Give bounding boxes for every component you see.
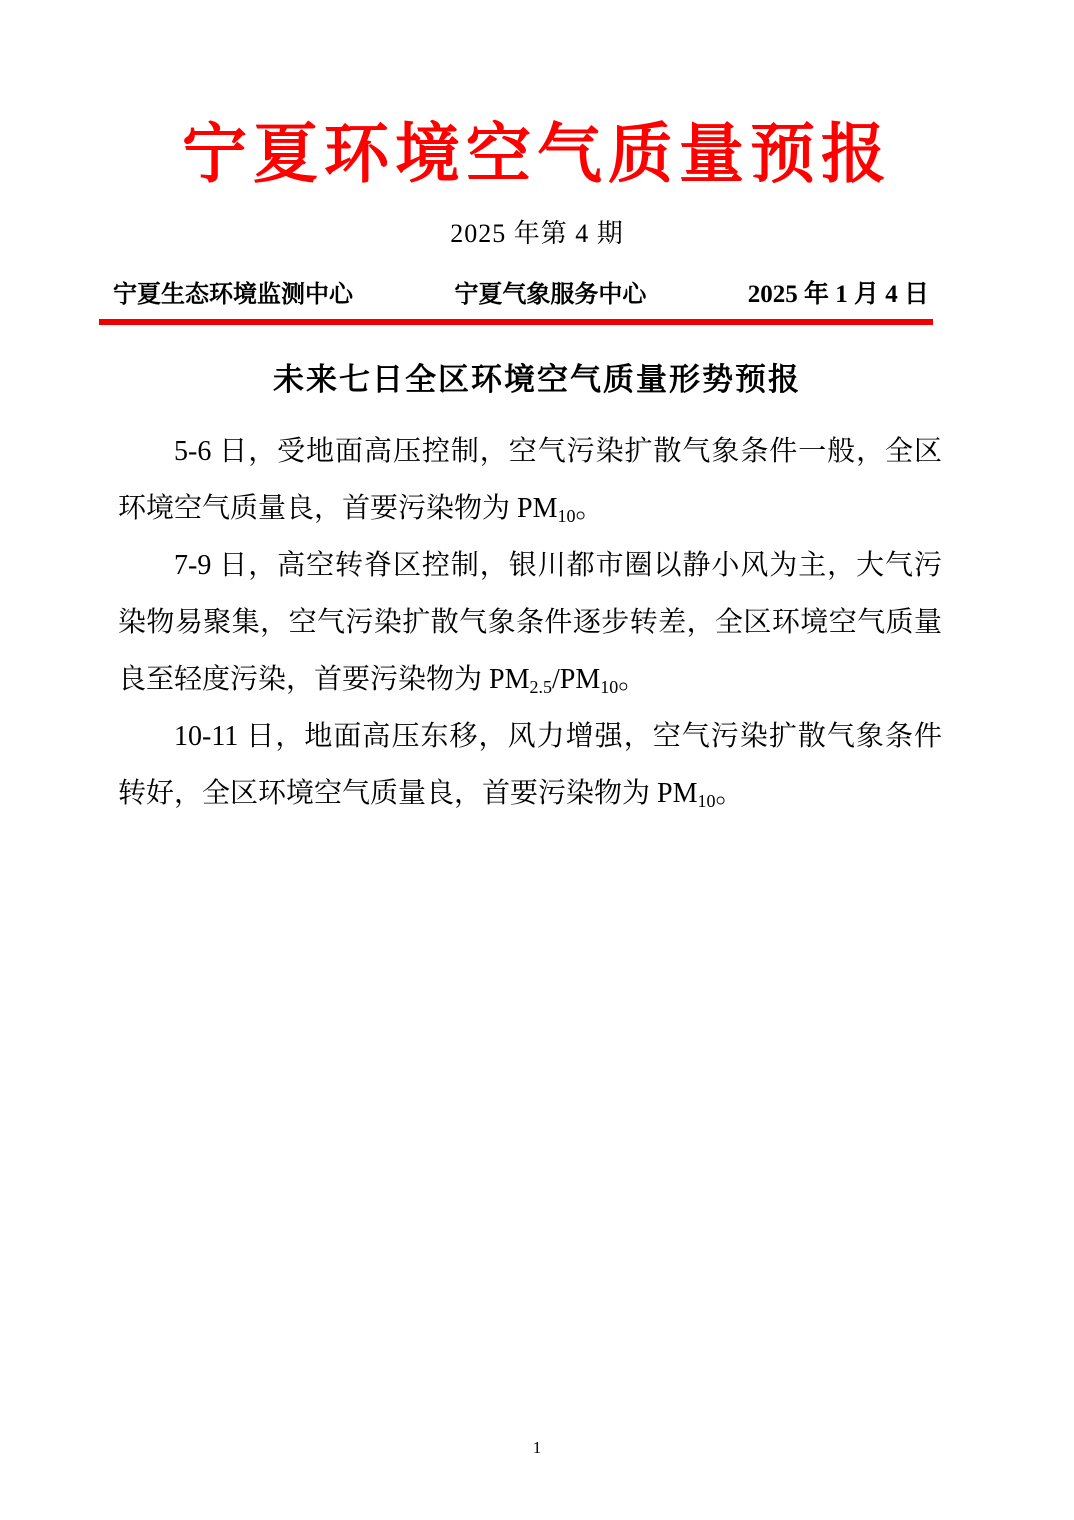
agency-center: 宁夏气象服务中心 xyxy=(454,274,646,309)
text-segment: 10-11 日，地面高压东移，风力增强，空气污染扩散气象条件转好，全区环境空气质… xyxy=(118,721,942,809)
pm-subscript: 10 xyxy=(697,791,715,811)
paragraph-forecast-7-9: 7-9 日，高空转脊区控制，银川都市圈以静小风为主，大气污染物易聚集，空气污染扩… xyxy=(118,537,942,708)
text-segment: 。 xyxy=(618,664,646,695)
issue-date: 2025 年 1 月 4 日 xyxy=(748,274,929,310)
text-segment: 。 xyxy=(575,493,603,524)
body-text: 5-6 日，受地面高压控制，空气污染扩散气象条件一般，全区环境空气质量良，首要污… xyxy=(118,423,942,822)
document-title: 宁夏环境空气质量预报 xyxy=(0,0,1074,193)
pm-subscript: 2.5 xyxy=(529,677,552,697)
pm-subscript: 10 xyxy=(600,677,618,697)
page-number: 1 xyxy=(0,1438,1074,1458)
document-page: 宁夏环境空气质量预报 2025 年第 4 期 宁夏生态环境监测中心 宁夏气象服务… xyxy=(0,0,1074,1520)
text-segment: /PM xyxy=(552,664,600,695)
masthead: 宁夏生态环境监测中心 宁夏气象服务中心 2025 年 1 月 4 日 xyxy=(99,274,933,325)
text-segment: 7-9 日，高空转脊区控制，银川都市圈以静小风为主，大气污染物易聚集，空气污染扩… xyxy=(118,550,942,695)
paragraph-forecast-10-11: 10-11 日，地面高压东移，风力增强，空气污染扩散气象条件转好，全区环境空气质… xyxy=(118,708,942,822)
paragraph-forecast-5-6: 5-6 日，受地面高压控制，空气污染扩散气象条件一般，全区环境空气质量良，首要污… xyxy=(118,423,942,537)
text-segment: 。 xyxy=(715,778,743,809)
text-segment: 5-6 日，受地面高压控制，空气污染扩散气象条件一般，全区环境空气质量良，首要污… xyxy=(118,436,942,524)
section-title: 未来七日全区环境空气质量形势预报 xyxy=(0,354,1074,399)
agency-left: 宁夏生态环境监测中心 xyxy=(113,274,353,309)
issue-number: 2025 年第 4 期 xyxy=(0,213,1074,250)
pm-subscript: 10 xyxy=(557,506,575,526)
